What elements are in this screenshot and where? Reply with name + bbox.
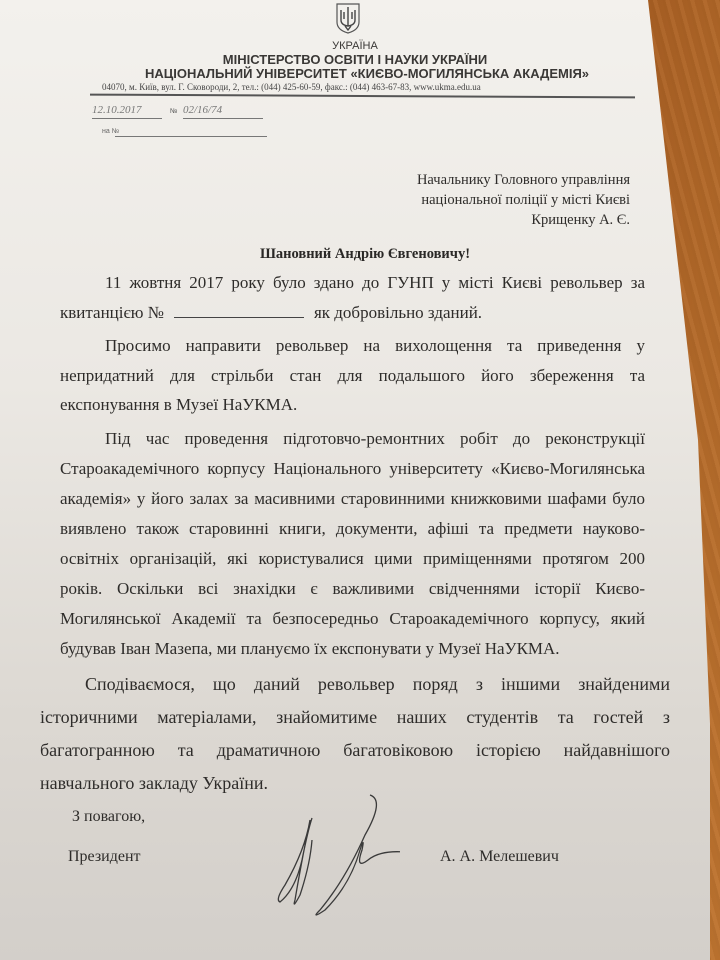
- letterhead-divider: [90, 94, 635, 99]
- paragraph-4: Сподіваємося, що даний револьвер поряд з…: [40, 668, 670, 800]
- signer-position: Президент: [68, 848, 141, 866]
- closing-regards: З повагою,: [72, 808, 145, 826]
- handwritten-signature-icon: [250, 790, 400, 920]
- reference-number-label: на №: [102, 128, 119, 135]
- letterhead-ministry: МІНІСТЕРСТВО ОСВІТИ І НАУКИ УКРАЇНИ: [0, 52, 720, 67]
- reference-number-blank: [115, 136, 267, 137]
- paragraph-2: Просимо направити револьвер на вихолощен…: [60, 331, 645, 420]
- trident-coat-of-arms-icon: [335, 2, 361, 34]
- salutation: Шановний Андрію Євгеновичу!: [0, 246, 720, 263]
- addressee-line: Начальнику Головного управління: [270, 170, 630, 190]
- paragraph-3: Під час проведення підготовчо-ремонтних …: [60, 424, 645, 664]
- letter-page: УКРАЇНА МІНІСТЕРСТВО ОСВІТИ І НАУКИ УКРА…: [0, 0, 710, 960]
- letterhead-address: 04070, м. Київ, вул. Г. Сковороди, 2, те…: [102, 82, 481, 92]
- margin-stamp-number: 000325: [0, 709, 2, 780]
- outgoing-number-label: №: [170, 108, 178, 115]
- addressee-line: національної поліції у місті Києві: [270, 190, 630, 210]
- letterhead-university: НАЦІОНАЛЬНИЙ УНІВЕРСИТЕТ «КИЄВО-МОГИЛЯНС…: [2, 66, 720, 81]
- signer-name: А. А. Мелешевич: [440, 848, 559, 866]
- outgoing-date: 12.10.2017: [92, 104, 162, 119]
- outgoing-number: 02/16/74: [183, 104, 263, 119]
- paragraph-1: 11 жовтня 2017 року було здано до ГУНП у…: [60, 268, 645, 327]
- addressee-block: Начальнику Головного управління націонал…: [270, 170, 630, 230]
- receipt-number-blank: [174, 303, 304, 318]
- letterhead-country: УКРАЇНА: [0, 40, 720, 52]
- letter-body: 11 жовтня 2017 року було здано до ГУНП у…: [60, 268, 645, 800]
- addressee-name: Крищенку А. Є.: [270, 210, 630, 230]
